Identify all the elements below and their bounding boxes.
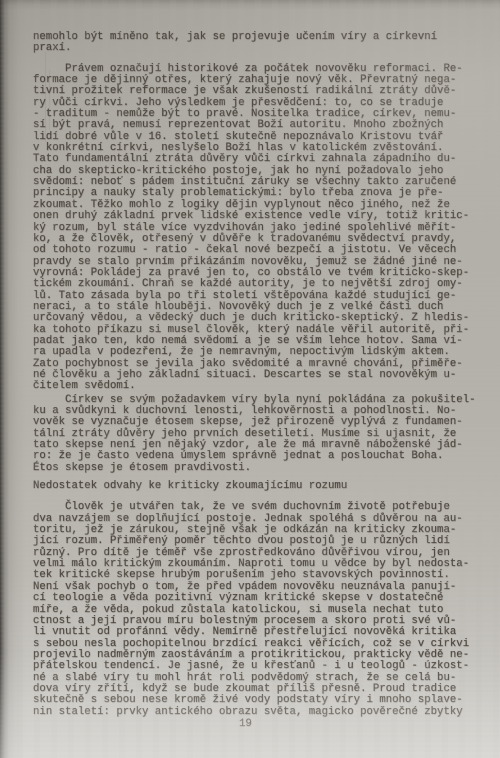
page-text: nemohlo být míněno tak, jak se projevuje…: [33, 32, 478, 718]
paragraph-ethos-of-skepticism: Církev se svým požadavkem víry byla nyní…: [33, 395, 478, 474]
paragraph-reformation: Právem označují historikové za počátek n…: [33, 64, 478, 393]
page-number: 19: [239, 719, 252, 730]
paragraph-lack-of-courage: Člověk je utvářen tak, že ve svém duchov…: [33, 502, 478, 718]
scanned-page: nemohlo být míněno tak, jak se projevuje…: [0, 0, 500, 758]
section-heading: Nedostatek odvahy ke kriticky zkoumající…: [33, 481, 478, 492]
paragraph-continuation: nemohlo být míněno tak, jak se projevuje…: [33, 32, 478, 55]
